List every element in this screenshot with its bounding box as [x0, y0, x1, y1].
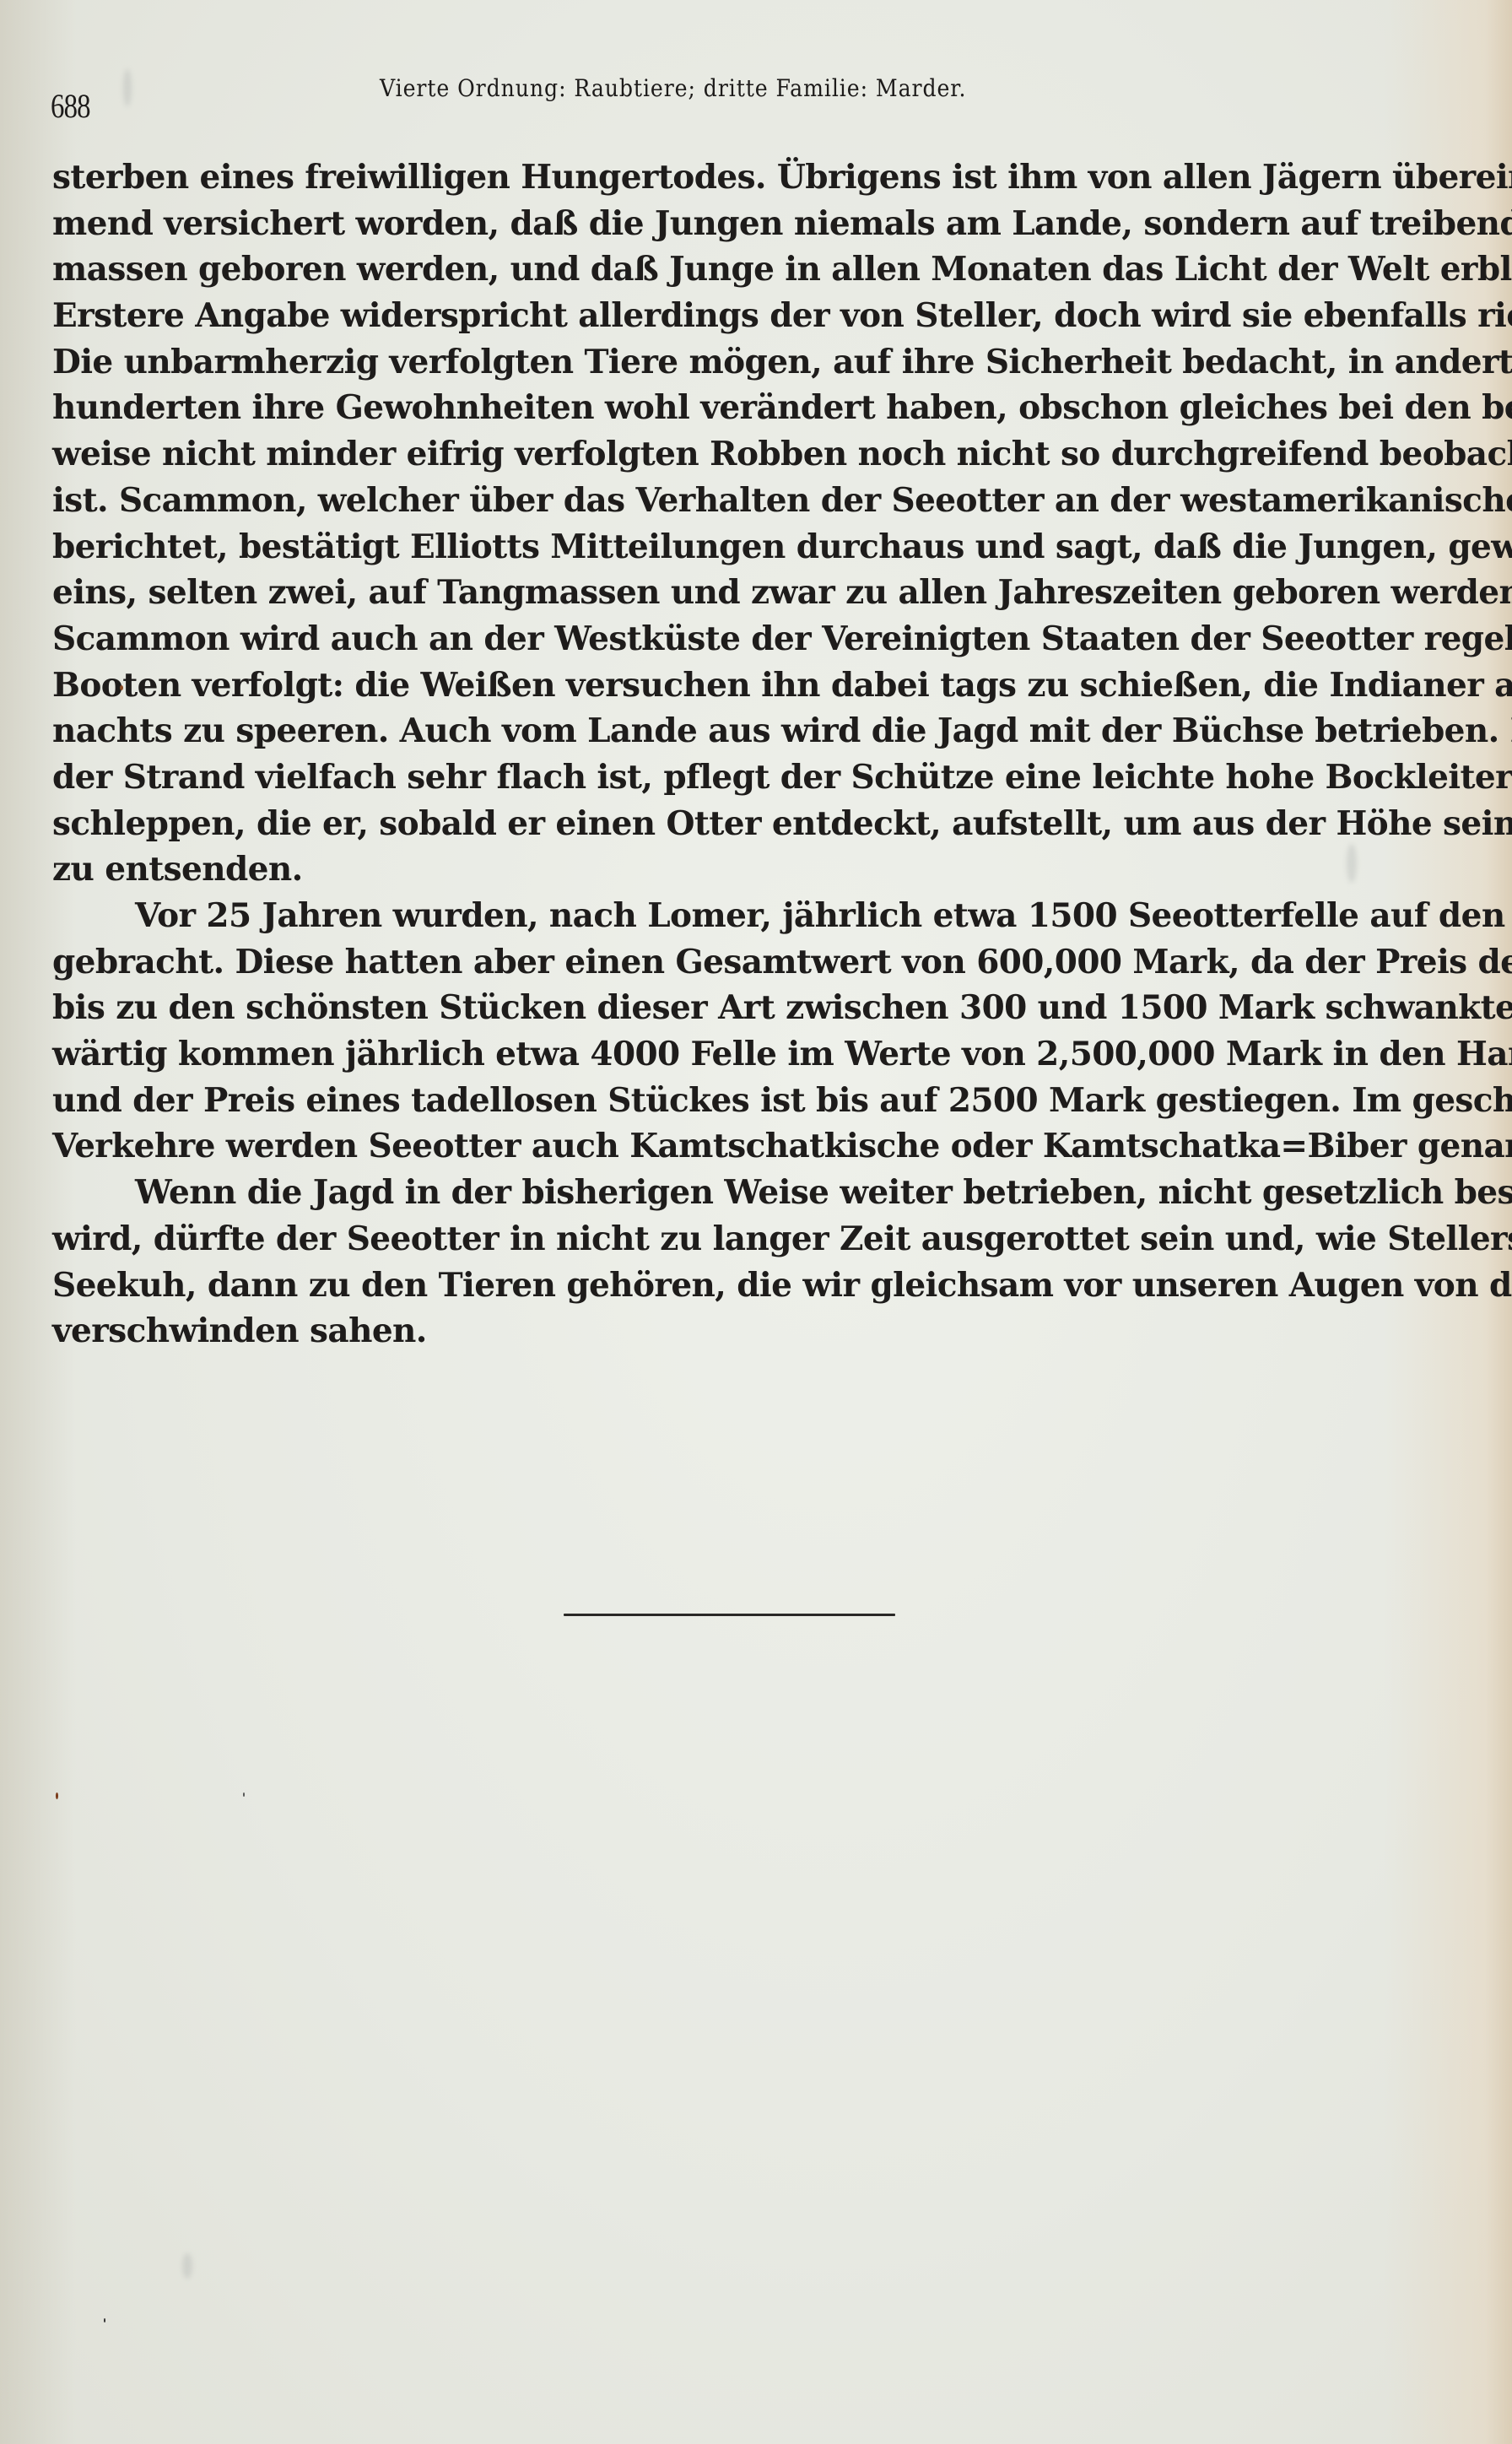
text-line: hunderten ihre Gewohnheiten wohl verände… — [52, 385, 1453, 431]
paper-speck — [104, 2318, 105, 2322]
text-line: gebracht. Diese hatten aber einen Gesamt… — [52, 939, 1453, 986]
text-line: eins, selten zwei, auf Tangmassen und zw… — [52, 570, 1453, 616]
paragraph-2: Vor 25 Jahren wurden, nach Lomer, jährli… — [52, 893, 1453, 1170]
text-line: wärtig kommen jährlich etwa 4000 Felle i… — [52, 1031, 1453, 1078]
text-line: Booten verfolgt: die Weißen versuchen ih… — [52, 662, 1453, 709]
paper-smudge — [123, 69, 132, 106]
text-line: berichtet, bestätigt Elliotts Mitteilung… — [52, 524, 1453, 570]
text-line: Verkehre werden Seeotter auch Kamtschatk… — [52, 1123, 1453, 1170]
text-line: weise nicht minder eifrig verfolgten Rob… — [52, 431, 1453, 478]
text-line: Wenn die Jagd in der bisherigen Weise we… — [52, 1170, 1453, 1216]
text-line: Erstere Angabe widerspricht allerdings d… — [52, 293, 1453, 339]
text-line: Die unbarmherzig verfolgten Tiere mögen,… — [52, 339, 1453, 386]
paragraph-3: Wenn die Jagd in der bisherigen Weise we… — [52, 1170, 1453, 1354]
text-line: mend versichert worden, daß die Jungen n… — [52, 201, 1453, 247]
text-line: Vor 25 Jahren wurden, nach Lomer, jährli… — [52, 893, 1453, 939]
page-number: 688 — [51, 86, 90, 126]
text-line: Seekuh, dann zu den Tieren gehören, die … — [52, 1263, 1453, 1309]
running-head: Vierte Ordnung: Raubtiere; dritte Famili… — [380, 74, 966, 102]
text-line: wird, dürfte der Seeotter in nicht zu la… — [52, 1216, 1453, 1263]
text-line: ist. Scammon, welcher über das Verhalten… — [52, 478, 1453, 524]
paragraph-1: sterben eines freiwilligen Hungertodes. … — [52, 154, 1453, 893]
text-line: zu entsenden. — [52, 846, 1453, 893]
section-end-rule — [564, 1614, 895, 1616]
book-page: 688 Vierte Ordnung: Raubtiere; dritte Fa… — [0, 0, 1512, 2444]
body-text: sterben eines freiwilligen Hungertodes. … — [52, 154, 1453, 1354]
paper-speck — [120, 685, 123, 690]
paper-smudge — [182, 2253, 192, 2279]
paper-speck — [56, 1792, 58, 1799]
text-line: nachts zu speeren. Auch vom Lande aus wi… — [52, 708, 1453, 754]
page-header: 688 Vierte Ordnung: Raubtiere; dritte Fa… — [51, 74, 1451, 125]
text-line: massen geboren werden, und daß Junge in … — [52, 246, 1453, 293]
text-line: und der Preis eines tadellosen Stückes i… — [52, 1078, 1453, 1124]
text-line: sterben eines freiwilligen Hungertodes. … — [52, 154, 1453, 201]
paper-smudge — [1347, 844, 1357, 883]
text-line: schleppen, die er, sobald er einen Otter… — [52, 801, 1453, 847]
text-line: der Strand vielfach sehr flach ist, pfle… — [52, 754, 1453, 801]
paper-speck — [243, 1792, 245, 1797]
text-line: verschwinden sahen. — [52, 1308, 1453, 1354]
text-line: bis zu den schönsten Stücken dieser Art … — [52, 985, 1453, 1031]
text-line: Scammon wird auch an der Westküste der V… — [52, 616, 1453, 662]
